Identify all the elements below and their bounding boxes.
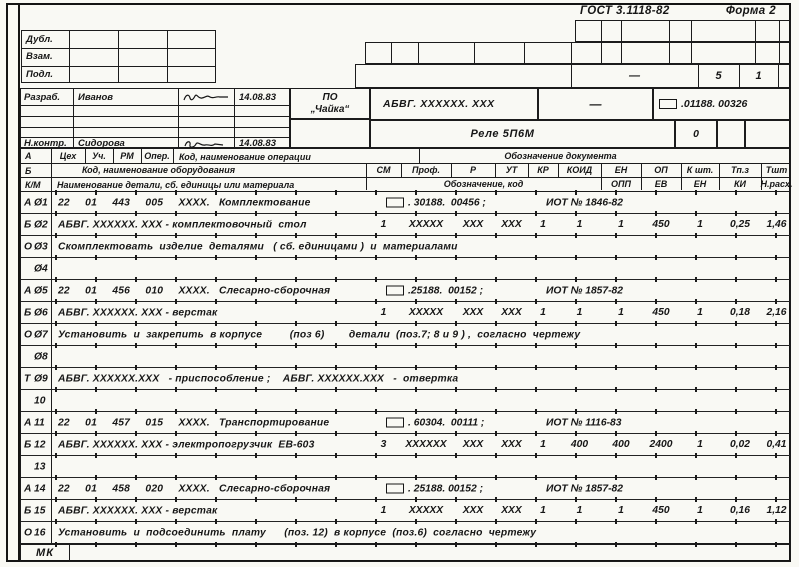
grid-line [779, 21, 780, 41]
header-opp: ОПП [601, 178, 641, 191]
header-row-a-label: А [25, 151, 32, 161]
row-content [51, 346, 790, 367]
row-number: Ø1 [34, 197, 48, 208]
norm-value: 1 [601, 505, 641, 516]
row-content: Установить и закрепить в корпусе (поз 6)… [51, 324, 790, 345]
row-number: Ø2 [34, 219, 48, 230]
row-letter: О [24, 241, 32, 252]
placeholder-box-icon [386, 198, 404, 208]
row-id: ОØ7 [21, 324, 51, 345]
norm-value: 450 [641, 307, 681, 318]
header-equipment-name: Код, наименование оборудования [51, 164, 366, 177]
row-number: 16 [34, 528, 45, 539]
norm-value: ХХХ [451, 219, 495, 230]
table-row: 10 [21, 390, 790, 412]
developer-date: 14.08.83 [239, 93, 276, 103]
norm-value: ХХХ [495, 307, 528, 318]
instruction-text: Скомплектовать изделие деталями ( сб. ед… [58, 241, 458, 252]
grid-line [69, 545, 70, 561]
table-row: БØ6АБВГ. ХХХХХХ. ХХХ - верстак1ХХХХХХХХХ… [21, 302, 790, 324]
document-code: .01188. 00326 [681, 98, 747, 110]
norm-value: 1 [528, 307, 558, 318]
grid-line [73, 89, 74, 147]
placeholder-box-icon [386, 286, 404, 296]
approval-block: Разраб. Иванов 14.08.83 Н.контр. Сидоров… [20, 88, 290, 148]
title-grid-upper [575, 20, 791, 42]
norm-value: 1 [681, 219, 719, 230]
grid-line [571, 43, 572, 63]
stamp-vzam-label: Взам. [26, 51, 53, 62]
doc-code-text: .25188. 00152 ; [408, 285, 483, 296]
instruction-text: Установить и закрепить в корпусе (поз 6)… [58, 329, 580, 340]
organization-cell: ПО „Чайка“ [290, 88, 370, 119]
row-content: АБВГ. ХХХХХХ. ХХХ - верстак1ХХХХХХХХХХХ1… [51, 500, 790, 521]
row-id: А11 [21, 412, 51, 433]
norm-value: ХХХ [495, 219, 528, 230]
doc-code-text: . 30188. 00456 ; [408, 197, 486, 208]
header-row-km-label: К/М [25, 180, 41, 190]
product-name: Реле 5П6М [470, 128, 534, 140]
row-id: БØ6 [21, 302, 51, 323]
placeholder-box-icon [659, 99, 677, 109]
litera-empty-cell [745, 120, 791, 148]
header-detail-name: Наименование детали, сб. единицы или мат… [57, 180, 294, 190]
row-id: АØ1 [21, 192, 51, 213]
row-id: О16 [21, 522, 51, 544]
developer-name: Иванов [78, 93, 113, 103]
equipment-text: АБВГ. ХХХХХХ. ХХХ - верстак [58, 307, 217, 318]
grid-line [418, 43, 419, 63]
header-op: ОП [641, 164, 681, 177]
row-number: 13 [34, 461, 45, 472]
grid-line [391, 43, 392, 63]
row-id: ОØ3 [21, 236, 51, 257]
litera-cell: 0 [675, 120, 717, 148]
table-row: БØ2АБВГ. ХХХХХХ. ХХХ - комплектовочный с… [21, 214, 790, 236]
table-row: ОØ7Установить и закрепить в корпусе (поз… [21, 324, 790, 346]
grid-line [669, 43, 670, 63]
strip-dash-value: — [571, 65, 698, 87]
norm-value: 400 [601, 439, 641, 450]
norm-value: 1 [681, 439, 719, 450]
operation-doc-code: .25188. 00152 ; [386, 285, 483, 296]
norm-value: 0,41 [761, 439, 792, 450]
row-number: Ø6 [34, 307, 48, 318]
table-row: ОØ3Скомплектовать изделие деталями ( сб.… [21, 236, 790, 258]
row-letter: Т [24, 373, 30, 384]
norm-value: 1 [558, 505, 601, 516]
norm-value: ХХХ [495, 505, 528, 516]
designation-dash-cell: — [538, 88, 653, 120]
row-letter: Б [24, 505, 31, 516]
developer-signature [182, 92, 230, 103]
norm-value: 1 [528, 439, 558, 450]
operation-text: 22 01 458 020 ХХХХ. Слесарно-сборочная [58, 483, 330, 494]
norm-value: ХХХХХ [401, 307, 451, 318]
grid-line [691, 43, 692, 63]
norm-value: ХХХХХХ [401, 439, 451, 450]
norm-values: 1ХХХХХХХХХХХ11145010,251,46 [366, 214, 792, 235]
header-uch: Уч. [85, 150, 113, 163]
row-id: Ø4 [21, 258, 51, 279]
row-content: 22 01 443 005 ХХХХ. Комплектование. 3018… [51, 192, 790, 213]
safety-instruction-ref: ИОТ № 1846-82 [546, 197, 623, 208]
norm-value: ХХХ [451, 439, 495, 450]
row-content: АБВГ. ХХХХХХ. ХХХ - электропогрузчик ЕВ-… [51, 434, 790, 455]
row-id: ТØ9 [21, 368, 51, 389]
norm-value: ХХХ [451, 307, 495, 318]
grid-line [178, 89, 179, 147]
equipment-text: АБВГ. ХХХХХХ. ХХХ - электропогрузчик ЕВ-… [58, 439, 315, 450]
norm-value: 1 [366, 307, 401, 318]
row-letter: Б [24, 219, 31, 230]
header-koid: КОИД [558, 164, 601, 177]
header-oper: Опер. [141, 150, 173, 163]
header-rm: РМ [113, 150, 141, 163]
row-letter: Б [24, 439, 31, 450]
norm-value: 0,18 [719, 307, 761, 318]
grid-line [524, 43, 525, 63]
grid-line [173, 149, 174, 163]
header-nrash: Н.расх. [761, 178, 792, 191]
norm-value: 2,16 [761, 307, 792, 318]
stamp-block: Дубл. Взам. Подл. [21, 30, 216, 83]
header-row-b-label: Б [25, 166, 31, 176]
row-number: Ø9 [34, 373, 48, 384]
row-content: Установить и подсоединить плату (поз. 12… [51, 522, 790, 544]
litera-value: 0 [693, 128, 699, 140]
norm-values: 1ХХХХХХХХХХХ11145010,161,12 [366, 500, 792, 521]
sheet-count-strip: — 5 1 [355, 64, 791, 88]
header-tsht: Тшт [761, 164, 792, 177]
document-designation: АБВГ. ХХХХХХ. ХХХ [383, 98, 495, 110]
dash-value: — [590, 97, 602, 111]
norm-value: 1,12 [761, 505, 792, 516]
grid-line [601, 21, 602, 41]
norm-value: 0,25 [719, 219, 761, 230]
row-id: Ø8 [21, 346, 51, 367]
norm-value: 3 [366, 439, 401, 450]
norm-value: 1 [681, 505, 719, 516]
strip-sheet-value: 5 [698, 65, 739, 87]
card-type-code: МК [21, 545, 69, 561]
table-row: Ø4 [21, 258, 790, 280]
equipment-text: АБВГ. ХХХХХХ. ХХХ - комплектовочный стол [58, 219, 307, 230]
header-prof: Проф. [401, 164, 451, 177]
route-card-sheet: ГОСТ 3.1118-82 Форма 2 Дубл. Взам. Подл. [0, 0, 799, 567]
norm-value: 1 [601, 219, 641, 230]
card-code-strip: МК [20, 544, 791, 562]
grid-line [621, 43, 622, 63]
table-header: А Цех Уч. РМ Опер. Код, наименование опе… [20, 148, 791, 192]
row-number: 12 [34, 439, 45, 450]
title-grid-lower [365, 42, 791, 64]
row-letter: А [24, 483, 31, 494]
norm-value: ХХХ [451, 505, 495, 516]
grid-line [755, 21, 756, 41]
operation-text: 22 01 443 005 ХХХХ. Комплектование [58, 197, 311, 208]
norm-value: ХХХХХ [401, 219, 451, 230]
norm-values: 3ХХХХХХХХХХХХ1400400240010,020,41 [366, 434, 792, 455]
header-kr: КР [528, 164, 558, 177]
table-row: АØ522 01 456 010 ХХХХ. Слесарно-сборочна… [21, 280, 790, 302]
operation-doc-code: . 60304. 00111 ; [386, 417, 484, 428]
organization-line1: ПО [323, 92, 338, 104]
row-id: АØ5 [21, 280, 51, 301]
document-designation-cell: АБВГ. ХХХХХХ. ХХХ [370, 88, 538, 120]
row-letter: А [24, 197, 31, 208]
operation-text: 22 01 456 010 ХХХХ. Слесарно-сборочная [58, 285, 330, 296]
grid-line [167, 31, 168, 82]
norm-value: 1,46 [761, 219, 792, 230]
norm-value: ХХХХХ [401, 505, 451, 516]
header-en: ЕН [601, 164, 641, 177]
header-tpz: Тп.з [719, 164, 761, 177]
placeholder-box-icon [386, 418, 404, 428]
row-content [51, 390, 790, 411]
developer-label: Разраб. [24, 93, 60, 103]
placeholder-box-icon [386, 484, 404, 494]
table-row: АØ122 01 443 005 ХХХХ. Комплектование. 3… [21, 192, 790, 214]
header-r: Р [451, 164, 495, 177]
norm-value: 1 [528, 219, 558, 230]
row-letter: А [24, 285, 31, 296]
grid-line [21, 116, 289, 117]
grid-line [21, 105, 289, 106]
header-en2: ЕН [681, 178, 719, 191]
row-content: АБВГ. ХХХХХХ.ХХХ - приспособление ; АБВГ… [51, 368, 790, 389]
form-number-label: Форма 2 [726, 5, 776, 19]
grid-line [118, 31, 119, 82]
row-id: 10 [21, 390, 51, 411]
norm-value: ХХХ [495, 439, 528, 450]
table-row: Б12АБВГ. ХХХХХХ. ХХХ - электропогрузчик … [21, 434, 790, 456]
row-id: 13 [21, 456, 51, 477]
operation-doc-code: . 25188. 00152 ; [386, 483, 483, 494]
header-ki: КИ [719, 178, 761, 191]
norm-value: 1 [366, 505, 401, 516]
norm-value: 1 [366, 219, 401, 230]
safety-instruction-ref: ИОТ № 1857-82 [546, 483, 623, 494]
row-number: 15 [34, 505, 45, 516]
row-content: АБВГ. ХХХХХХ. ХХХ - верстак1ХХХХХХХХХХХ1… [51, 302, 790, 323]
document-code-cell: .01188. 00326 [653, 88, 791, 120]
norm-value: 1 [528, 505, 558, 516]
safety-instruction-ref: ИОТ № 1857-82 [546, 285, 623, 296]
header-ksht: К шт. [681, 164, 719, 177]
grid-line [669, 21, 670, 41]
form-title: ГОСТ 3.1118-82 Форма 2 [570, 5, 790, 19]
norm-value: 2400 [641, 439, 681, 450]
header-sm: СМ [366, 164, 401, 177]
norm-value: 400 [558, 439, 601, 450]
header-ev: ЕВ [641, 178, 681, 191]
route-table-body: АØ122 01 443 005 ХХХХ. Комплектование. 3… [20, 192, 791, 544]
grid-line [51, 192, 52, 543]
row-content [51, 258, 790, 279]
table-row: Ø8 [21, 346, 790, 368]
row-content: Скомплектовать изделие деталями ( сб. ед… [51, 236, 790, 257]
row-number: Ø8 [34, 351, 48, 362]
header-designation-code: Обозначение, код [366, 178, 601, 191]
norm-value: 1 [558, 219, 601, 230]
table-row: 13 [21, 456, 790, 478]
table-row: А1422 01 458 020 ХХХХ. Слесарно-сборочна… [21, 478, 790, 500]
stamp-dubl-label: Дубл. [26, 34, 53, 45]
row-number: Ø7 [34, 329, 48, 340]
operation-text: 22 01 457 015 ХХХХ. Транспортирование [58, 417, 329, 428]
grid-line [755, 43, 756, 63]
grid-line [621, 21, 622, 41]
norm-value: 0,02 [719, 439, 761, 450]
equipment-text: АБВГ. ХХХХХХ. ХХХ - верстак [58, 505, 217, 516]
row-number: 11 [34, 417, 45, 428]
table-row: Б15АБВГ. ХХХХХХ. ХХХ - верстак1ХХХХХХХХХ… [21, 500, 790, 522]
grid-line [234, 89, 235, 147]
row-id: Б15 [21, 500, 51, 521]
gost-standard-label: ГОСТ 3.1118-82 [580, 5, 670, 19]
grid-line [779, 43, 780, 63]
safety-instruction-ref: ИОТ № 1116-83 [546, 417, 622, 428]
row-number: 14 [34, 483, 45, 494]
row-letter: О [24, 528, 32, 539]
row-id: Б12 [21, 434, 51, 455]
norm-value: 1 [681, 307, 719, 318]
row-number: Ø5 [34, 285, 48, 296]
litera-empty-cell [717, 120, 745, 148]
instruction-text: Установить и подсоединить плату (поз. 12… [58, 528, 536, 539]
row-id: БØ2 [21, 214, 51, 235]
row-letter: О [24, 329, 32, 340]
header-ut: УТ [495, 164, 528, 177]
doc-code-text: . 60304. 00111 ; [408, 417, 484, 428]
table-row: А1122 01 457 015 ХХХХ. Транспортирование… [21, 412, 790, 434]
row-number: Ø3 [34, 241, 48, 252]
norm-value: 450 [641, 219, 681, 230]
organization-empty-cell [290, 119, 370, 148]
grid-line [778, 65, 779, 87]
grid-line [691, 21, 692, 41]
header-operation-name: Код, наименование операции [179, 152, 311, 162]
header-doc-designation: Обозначение документа [419, 150, 792, 163]
header-ceh: Цех [51, 150, 85, 163]
norm-value: 1 [558, 307, 601, 318]
row-content: АБВГ. ХХХХХХ. ХХХ - комплектовочный стол… [51, 214, 790, 235]
grid-line [21, 127, 289, 128]
norm-value: 1 [601, 307, 641, 318]
row-content: 22 01 456 010 ХХХХ. Слесарно-сборочная.2… [51, 280, 790, 301]
norm-value: 450 [641, 505, 681, 516]
table-row: О16Установить и подсоединить плату (поз.… [21, 522, 790, 544]
product-name-cell: Реле 5П6М [370, 120, 675, 148]
grid-line [69, 31, 70, 82]
norm-values: 1ХХХХХХХХХХХ11145010,182,16 [366, 302, 792, 323]
row-number: Ø4 [34, 263, 48, 274]
doc-code-text: . 25188. 00152 ; [408, 483, 483, 494]
row-content: 22 01 458 020 ХХХХ. Слесарно-сборочная. … [51, 478, 790, 499]
row-id: А14 [21, 478, 51, 499]
row-letter: Б [24, 307, 31, 318]
row-number: 10 [34, 395, 45, 406]
instruction-text: АБВГ. ХХХХХХ.ХХХ - приспособление ; АБВГ… [58, 373, 458, 384]
table-row: ТØ9АБВГ. ХХХХХХ.ХХХ - приспособление ; А… [21, 368, 790, 390]
row-content [51, 456, 790, 477]
row-content: 22 01 457 015 ХХХХ. Транспортирование. 6… [51, 412, 790, 433]
stamp-podl-label: Подл. [26, 69, 53, 80]
organization-line2: „Чайка“ [311, 104, 350, 116]
grid-line [474, 43, 475, 63]
strip-sheets-value: 1 [739, 65, 778, 87]
operation-doc-code: . 30188. 00456 ; [386, 197, 486, 208]
grid-line [601, 43, 602, 63]
row-letter: А [24, 417, 31, 428]
norm-value: 0,16 [719, 505, 761, 516]
